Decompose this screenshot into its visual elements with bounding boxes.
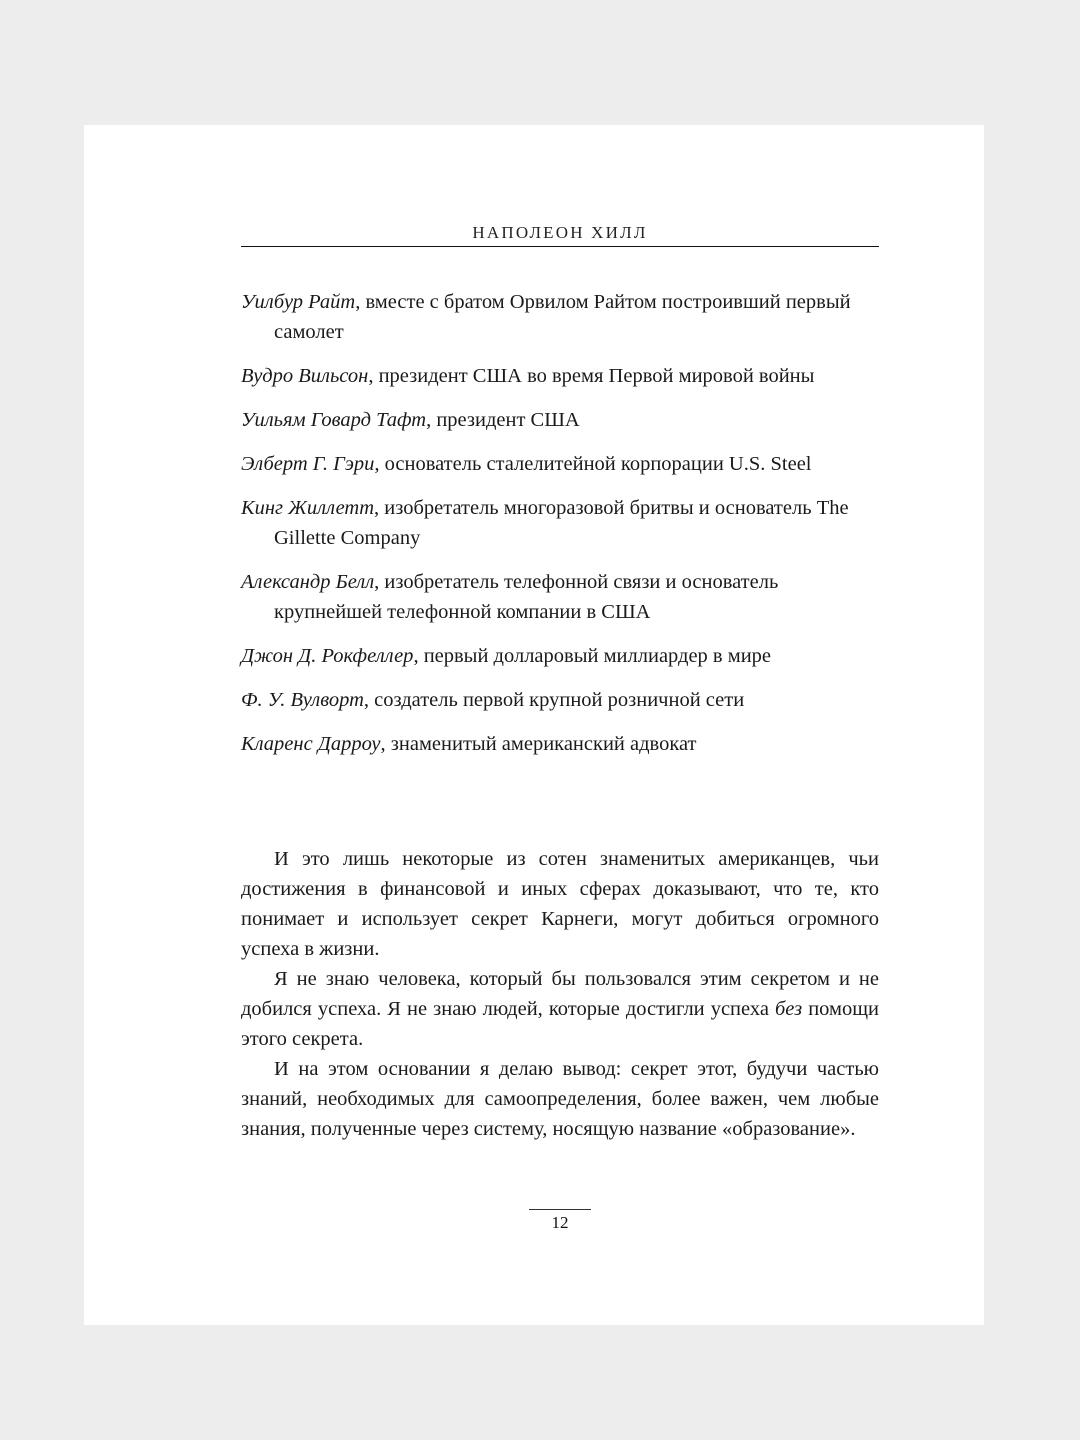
person-name: Джон Д. Рокфеллер <box>241 645 413 667</box>
person-name: Ф. У. Вулворт <box>241 689 364 711</box>
person-description: , знаменитый американский адвокат <box>381 733 697 755</box>
page-number: 12 <box>529 1213 591 1233</box>
emphasis: без <box>775 998 802 1020</box>
folio-rule <box>529 1209 591 1210</box>
person-name: Кларенс Дарроу <box>241 733 381 755</box>
body-text: И это лишь некоторые из сотен знаменитых… <box>241 844 879 1144</box>
paragraph: Я не знаю человека, который бы пользовал… <box>241 964 879 1054</box>
list-item: Вудро Вильсон, президент США во время Пе… <box>241 361 879 391</box>
person-description: , президент США <box>426 409 580 431</box>
person-description: , первый долларовый миллиардер в мире <box>413 645 771 667</box>
list-item: Кларенс Дарроу, знаменитый американский … <box>241 729 879 759</box>
paragraph: И это лишь некоторые из сотен знаменитых… <box>241 844 879 964</box>
person-name: Александр Белл <box>241 571 374 593</box>
people-list: Уилбур Райт, вместе с братом Орвилом Рай… <box>241 287 879 773</box>
person-name: Элберт Г. Гэри <box>241 453 374 475</box>
list-item: Ф. У. Вулворт, создатель первой крупной … <box>241 685 879 715</box>
person-description: , основатель сталелитейной корпорации U.… <box>374 453 811 475</box>
book-page: НАПОЛЕОН ХИЛЛ Уилбур Райт, вместе с брат… <box>84 125 984 1325</box>
paragraph: И на этом основании я делаю вывод: секре… <box>241 1054 879 1144</box>
person-description: , президент США во время Первой мировой … <box>368 365 814 387</box>
list-item: Кинг Жиллетт, изобретатель многоразовой … <box>241 493 879 553</box>
list-item: Элберт Г. Гэри, основатель сталелитейной… <box>241 449 879 479</box>
list-item: Джон Д. Рокфеллер, первый долларовый мил… <box>241 641 879 671</box>
header-rule <box>241 246 879 247</box>
person-name: Уильям Говард Тафт <box>241 409 426 431</box>
person-name: Кинг Жиллетт <box>241 497 374 519</box>
list-item: Уильям Говард Тафт, президент США <box>241 405 879 435</box>
person-name: Вудро Вильсон <box>241 365 368 387</box>
person-description: , вместе с братом Орвилом Райтом построи… <box>274 291 851 343</box>
person-description: , создатель первой крупной розничной сет… <box>364 689 744 711</box>
running-head: НАПОЛЕОН ХИЛЛ <box>241 223 879 243</box>
list-item: Уилбур Райт, вместе с братом Орвилом Рай… <box>241 287 879 347</box>
list-item: Александр Белл, изобретатель телефонной … <box>241 567 879 627</box>
person-name: Уилбур Райт <box>241 291 355 313</box>
